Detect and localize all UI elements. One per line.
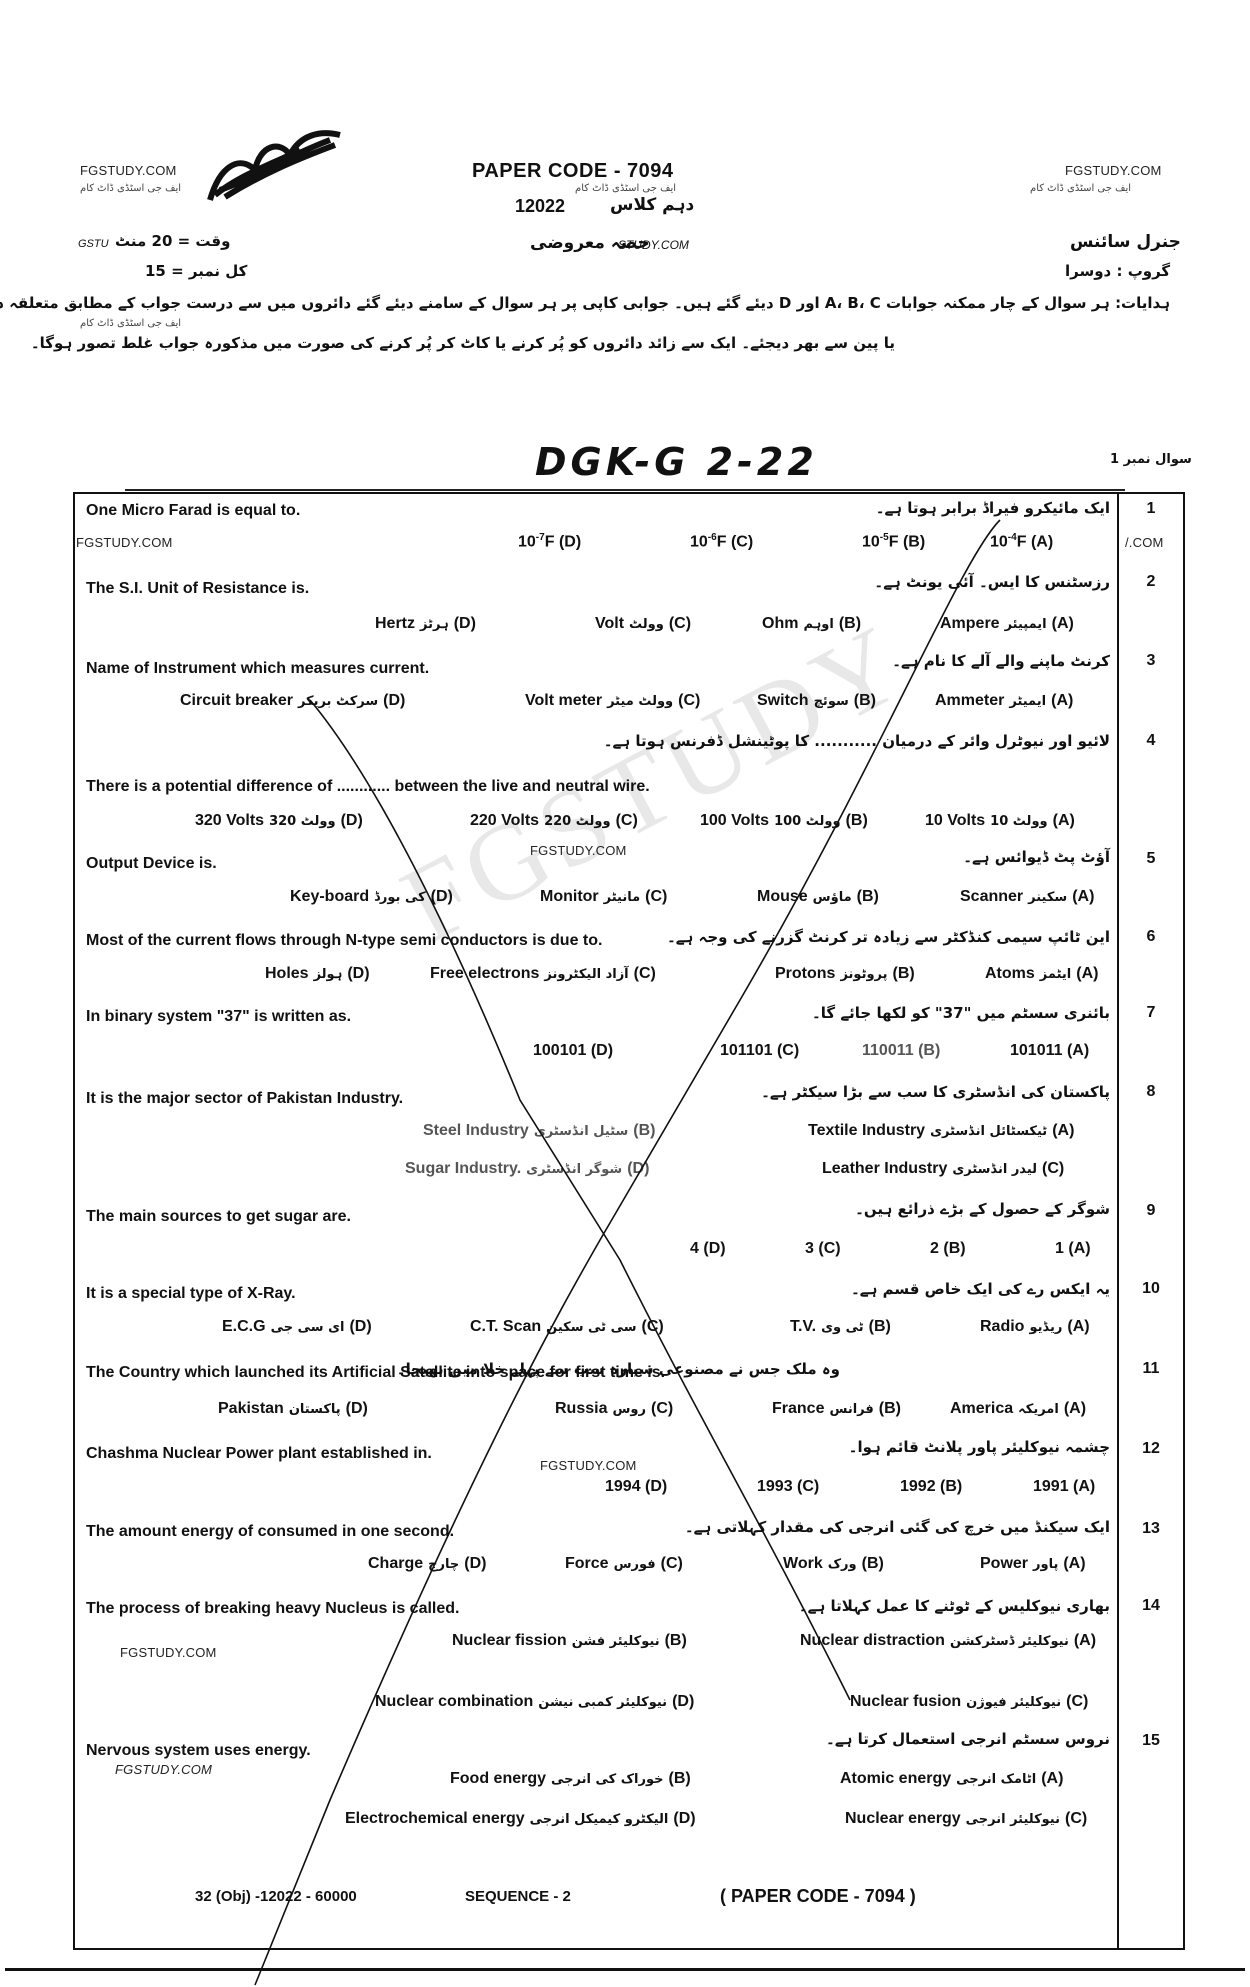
question-14-ur: بھاری نیوکلیس کے ٹوٹنے کا عمل کہلاتا ہے۔ [799, 1597, 1110, 1615]
question-13-option-c[interactable]: Forceفورس(C) [565, 1555, 683, 1573]
question-13-option-a[interactable]: Powerپاور(A) [980, 1555, 1086, 1573]
question-9-en: The main sources to get sugar are. [86, 1208, 351, 1226]
question-11-option-a[interactable]: Americaامریکہ(A) [950, 1400, 1086, 1418]
watermark: FGSTUDY.COM [115, 1762, 212, 1777]
question-15-option-b[interactable]: Food energyخوراک کی انرجی(B) [450, 1770, 691, 1788]
watermark: FGSTUDY.COM [120, 1645, 217, 1660]
question-14-option-d[interactable]: Nuclear combinationنیوکلیئر کمبی نیشن(D) [375, 1693, 694, 1711]
group-label: گروپ : دوسرا [1065, 262, 1170, 280]
handwritten-code: DGK-G 2-22 [535, 440, 818, 484]
question-1-option-d[interactable]: 10-7F (D) [518, 532, 581, 551]
question-7-en: In binary system "37" is written as. [86, 1008, 351, 1026]
question-10-option-b[interactable]: T.V.ٹی وی(B) [790, 1318, 891, 1336]
question-5-number: 5 [1121, 850, 1181, 868]
question-2-option-a[interactable]: Ampereایمپیئر(A) [940, 615, 1074, 633]
question-4-en: There is a potential difference of .....… [86, 778, 650, 796]
number-column-divider [1117, 492, 1119, 1950]
question-6-option-b[interactable]: Protonsپروٹونز(B) [775, 965, 915, 983]
question-14-option-c[interactable]: Nuclear fusionنیوکلیئر فیوژن(C) [850, 1693, 1088, 1711]
question-9-option-b[interactable]: 2 (B) [930, 1240, 966, 1258]
question-15-en: Nervous system uses energy. [86, 1742, 311, 1760]
section-watermark: STUDY.COM [618, 238, 689, 252]
question-3-option-c[interactable]: Volt meterوولٹ میٹر(C) [525, 692, 700, 710]
question-5-option-c[interactable]: Monitorمانیٹر(C) [540, 888, 667, 906]
question-13-ur: ایک سیکنڈ میں خرچ کی گئی انرجی کی مقدار … [685, 1518, 1110, 1536]
page-bottom-rule [5, 1968, 1245, 1971]
class-label: دہم کلاس [610, 194, 694, 215]
question-6-option-c[interactable]: Free electronsآزاد الیکٹرونز(C) [430, 965, 656, 983]
question-2-number: 2 [1121, 573, 1181, 591]
question-8-option-a[interactable]: Textile Industryٹیکسٹائل انڈسٹری(A) [808, 1122, 1074, 1140]
question-2-ur: رزسٹنس کا ایس۔ آئی یونٹ ہے۔ [874, 573, 1110, 591]
question-14-option-b[interactable]: Nuclear fissionنیوکلیئر فشن(B) [452, 1632, 687, 1650]
total-marks: کل نمبر = 15 [145, 262, 247, 280]
question-4-option-a[interactable]: 10 Volts10 وولٹ(A) [925, 812, 1075, 830]
watermark: FGSTUDY.COM [540, 1458, 637, 1473]
question-7-option-a[interactable]: 101011 (A) [1010, 1042, 1089, 1060]
question-12-option-b[interactable]: 1992 (B) [900, 1478, 962, 1496]
question-6-en: Most of the current flows through N-type… [86, 932, 602, 950]
question-11-option-c[interactable]: Russiaروس(C) [555, 1400, 673, 1418]
question-11-number: 11 [1121, 1360, 1181, 1378]
question-3-option-b[interactable]: Switchسوئچ(B) [757, 692, 876, 710]
question-1-ur: ایک مائیکرو فیراڈ برابر ہوتا ہے۔ [876, 499, 1110, 517]
question-13-number: 13 [1121, 1520, 1181, 1538]
footer-sequence: SEQUENCE - 2 [465, 1888, 571, 1905]
question-4-option-d[interactable]: 320 Volts320 وولٹ(D) [195, 812, 363, 830]
question-9-ur: شوگر کے حصول کے بڑے ذرائع ہیں۔ [855, 1200, 1110, 1218]
question-12-option-d[interactable]: 1994 (D) [605, 1478, 667, 1496]
question-7-ur: بائنری سسٹم میں "37" کو لکھا جائے گا۔ [812, 1004, 1110, 1022]
question-6-ur: این ٹائپ سیمی کنڈکٹر سے زیادہ تر کرنٹ گز… [667, 928, 1110, 946]
question-12-en: Chashma Nuclear Power plant established … [86, 1445, 432, 1463]
question-6-number: 6 [1121, 928, 1181, 946]
watermark: FGSTUDY.COM [530, 843, 627, 858]
question-14-number: 14 [1121, 1597, 1181, 1615]
question-12-ur: چشمہ نیوکلیئر پاور پلانٹ قائم ہوا۔ [849, 1438, 1110, 1456]
question-8-option-d[interactable]: Sugar Industry.شوگر انڈسٹری(D) [405, 1160, 649, 1178]
subject-title: جنرل سائنس [1070, 232, 1181, 252]
question-5-option-b[interactable]: Mouseماؤس(B) [757, 888, 879, 906]
question-2-option-c[interactable]: Voltوولٹ(C) [595, 615, 691, 633]
question-1-option-c[interactable]: 10-6F (C) [690, 532, 753, 551]
question-4-option-c[interactable]: 220 Volts220 وولٹ(C) [470, 812, 638, 830]
question-15-option-c[interactable]: Nuclear energyنیوکلیئر انرجی(C) [845, 1810, 1087, 1828]
question-11-option-d[interactable]: Pakistanپاکستان(D) [218, 1400, 368, 1418]
question-5-en: Output Device is. [86, 855, 217, 873]
question-8-ur: پاکستان کی انڈسٹری کا سب سے بڑا سیکٹر ہے… [761, 1083, 1110, 1101]
question-13-option-d[interactable]: Chargeچارج(D) [368, 1555, 486, 1573]
watermark: FGSTUDY.COM [76, 535, 173, 550]
paper-code-watermark: ایف جی اسٹڈی ڈاٹ کام [575, 183, 676, 194]
question-8-option-b[interactable]: Steel Industryسٹیل انڈسٹری(B) [423, 1122, 656, 1140]
question-12-option-a[interactable]: 1991 (A) [1033, 1478, 1095, 1496]
question-number-label: سوال نمبر 1 [1110, 452, 1192, 467]
time-prefix-watermark: GSTU [78, 238, 109, 250]
question-12-number: 12 [1121, 1440, 1181, 1458]
footer-serial: 32 (Obj) -12022 - 60000 [195, 1888, 357, 1905]
question-14-en: The process of breaking heavy Nucleus is… [86, 1600, 459, 1618]
question-8-option-c[interactable]: Leather Industryلیدر انڈسٹری(C) [822, 1160, 1064, 1178]
question-10-ur: یہ ایکس رے کی ایک خاص قسم ہے۔ [851, 1280, 1110, 1298]
question-15-ur: نروس سسٹم انرجی استعمال کرتا ہے۔ [826, 1730, 1110, 1748]
question-3-option-d[interactable]: Circuit breakerسرکٹ بریکر(D) [180, 692, 405, 710]
question-2-en: The S.I. Unit of Resistance is. [86, 580, 309, 598]
question-5-option-d[interactable]: Key-boardکی بورڈ(D) [290, 888, 453, 906]
question-11-ur: وہ ملک جس نے مصنوعی سیارہ سب سے پہلے خلا… [397, 1360, 840, 1378]
question-9-number: 9 [1121, 1202, 1181, 1220]
question-3-ur: کرنٹ ماپنے والے آلے کا نام ہے۔ [892, 652, 1110, 670]
watermark-right: FGSTUDY.COM [1065, 163, 1162, 178]
question-12-option-c[interactable]: 1993 (C) [757, 1478, 819, 1496]
question-4-ur: لائیو اور نیوٹرل وائر کے درمیان ........… [604, 732, 1110, 750]
instructions-line-2: یا پین سے بھر دیجئے۔ ایک سے زائد دائروں … [31, 334, 895, 352]
question-6-option-a[interactable]: Atomsایٹمز(A) [985, 965, 1098, 983]
question-4-option-b[interactable]: 100 Volts100 وولٹ(B) [700, 812, 868, 830]
question-9-option-a[interactable]: 1 (A) [1055, 1240, 1091, 1258]
question-1-option-b[interactable]: 10-5F (B) [862, 532, 925, 551]
question-10-number: 10 [1121, 1280, 1181, 1298]
question-1-en: One Micro Farad is equal to. [86, 502, 300, 520]
instructions-line-1: ہدایات: ہر سوال کے چار ممکنہ جوابات A، B… [0, 294, 1170, 312]
question-2-option-b[interactable]: Ohmاوہم(B) [762, 615, 861, 633]
watermark-right-urdu: ایف جی اسٹڈی ڈاٹ کام [1030, 183, 1131, 194]
signature-scribble [200, 125, 350, 205]
question-10-option-a[interactable]: Radioریڈیو(A) [980, 1318, 1090, 1336]
question-13-en: The amount energy of consumed in one sec… [86, 1523, 454, 1541]
time-allowed: وقت = 20 منٹ [115, 232, 230, 250]
question-7-option-b[interactable]: 110011 (B) [862, 1042, 940, 1060]
question-15-number: 15 [1121, 1732, 1181, 1750]
header-underline [125, 489, 1125, 491]
question-7-option-d[interactable]: 100101 (D) [533, 1042, 613, 1060]
exam-code: 12022 [515, 196, 565, 217]
question-10-option-d[interactable]: E.C.Gای سی جی(D) [222, 1318, 372, 1336]
question-7-number: 7 [1121, 1004, 1181, 1022]
instructions-watermark: ایف جی اسٹڈی ڈاٹ کام [80, 318, 181, 329]
watermark-left: FGSTUDY.COM [80, 163, 177, 178]
question-3-option-a[interactable]: Ammeterایمیٹر(A) [935, 692, 1073, 710]
question-10-en: It is a special type of X-Ray. [86, 1285, 296, 1303]
question-7-option-c[interactable]: 101101 (C) [720, 1042, 799, 1060]
question-3-number: 3 [1121, 652, 1181, 670]
question-5-option-a[interactable]: Scannerسکینر(A) [960, 888, 1094, 906]
question-9-option-d[interactable]: 4 (D) [690, 1240, 726, 1258]
question-15-option-a[interactable]: Atomic energyاٹامک انرجی(A) [840, 1770, 1063, 1788]
question-8-en: It is the major sector of Pakistan Indus… [86, 1090, 403, 1108]
question-4-number: 4 [1121, 732, 1181, 750]
question-13-option-b[interactable]: Workورک(B) [783, 1555, 884, 1573]
question-15-option-d[interactable]: Electrochemical energyالیکٹرو کیمیکل انر… [345, 1810, 696, 1828]
paper-code-heading: PAPER CODE - 7094 [472, 160, 674, 183]
question-3-en: Name of Instrument which measures curren… [86, 660, 429, 678]
question-6-option-d[interactable]: Holesہولز(D) [265, 965, 370, 983]
question-9-option-c[interactable]: 3 (C) [805, 1240, 841, 1258]
footer-paper-code: ( PAPER CODE - 7094 ) [720, 1886, 916, 1907]
question-11-option-b[interactable]: Franceفرانس(B) [772, 1400, 901, 1418]
question-14-option-a[interactable]: Nuclear distractionنیوکلیئر ڈسٹرکشن(A) [800, 1632, 1096, 1650]
question-1-option-a[interactable]: 10-4F (A) [990, 532, 1053, 551]
question-10-option-c[interactable]: C.T. Scanسی ٹی سکین(C) [470, 1318, 664, 1336]
question-2-option-d[interactable]: Hertzہرٹز(D) [375, 615, 476, 633]
question-5-ur: آؤٹ پٹ ڈیوائس ہے۔ [963, 848, 1110, 866]
watermark: /.COM [1125, 535, 1164, 550]
question-8-number: 8 [1121, 1083, 1181, 1101]
question-1-number: 1 [1121, 500, 1181, 518]
watermark-left-urdu: ایف جی اسٹڈی ڈاٹ کام [80, 183, 181, 194]
